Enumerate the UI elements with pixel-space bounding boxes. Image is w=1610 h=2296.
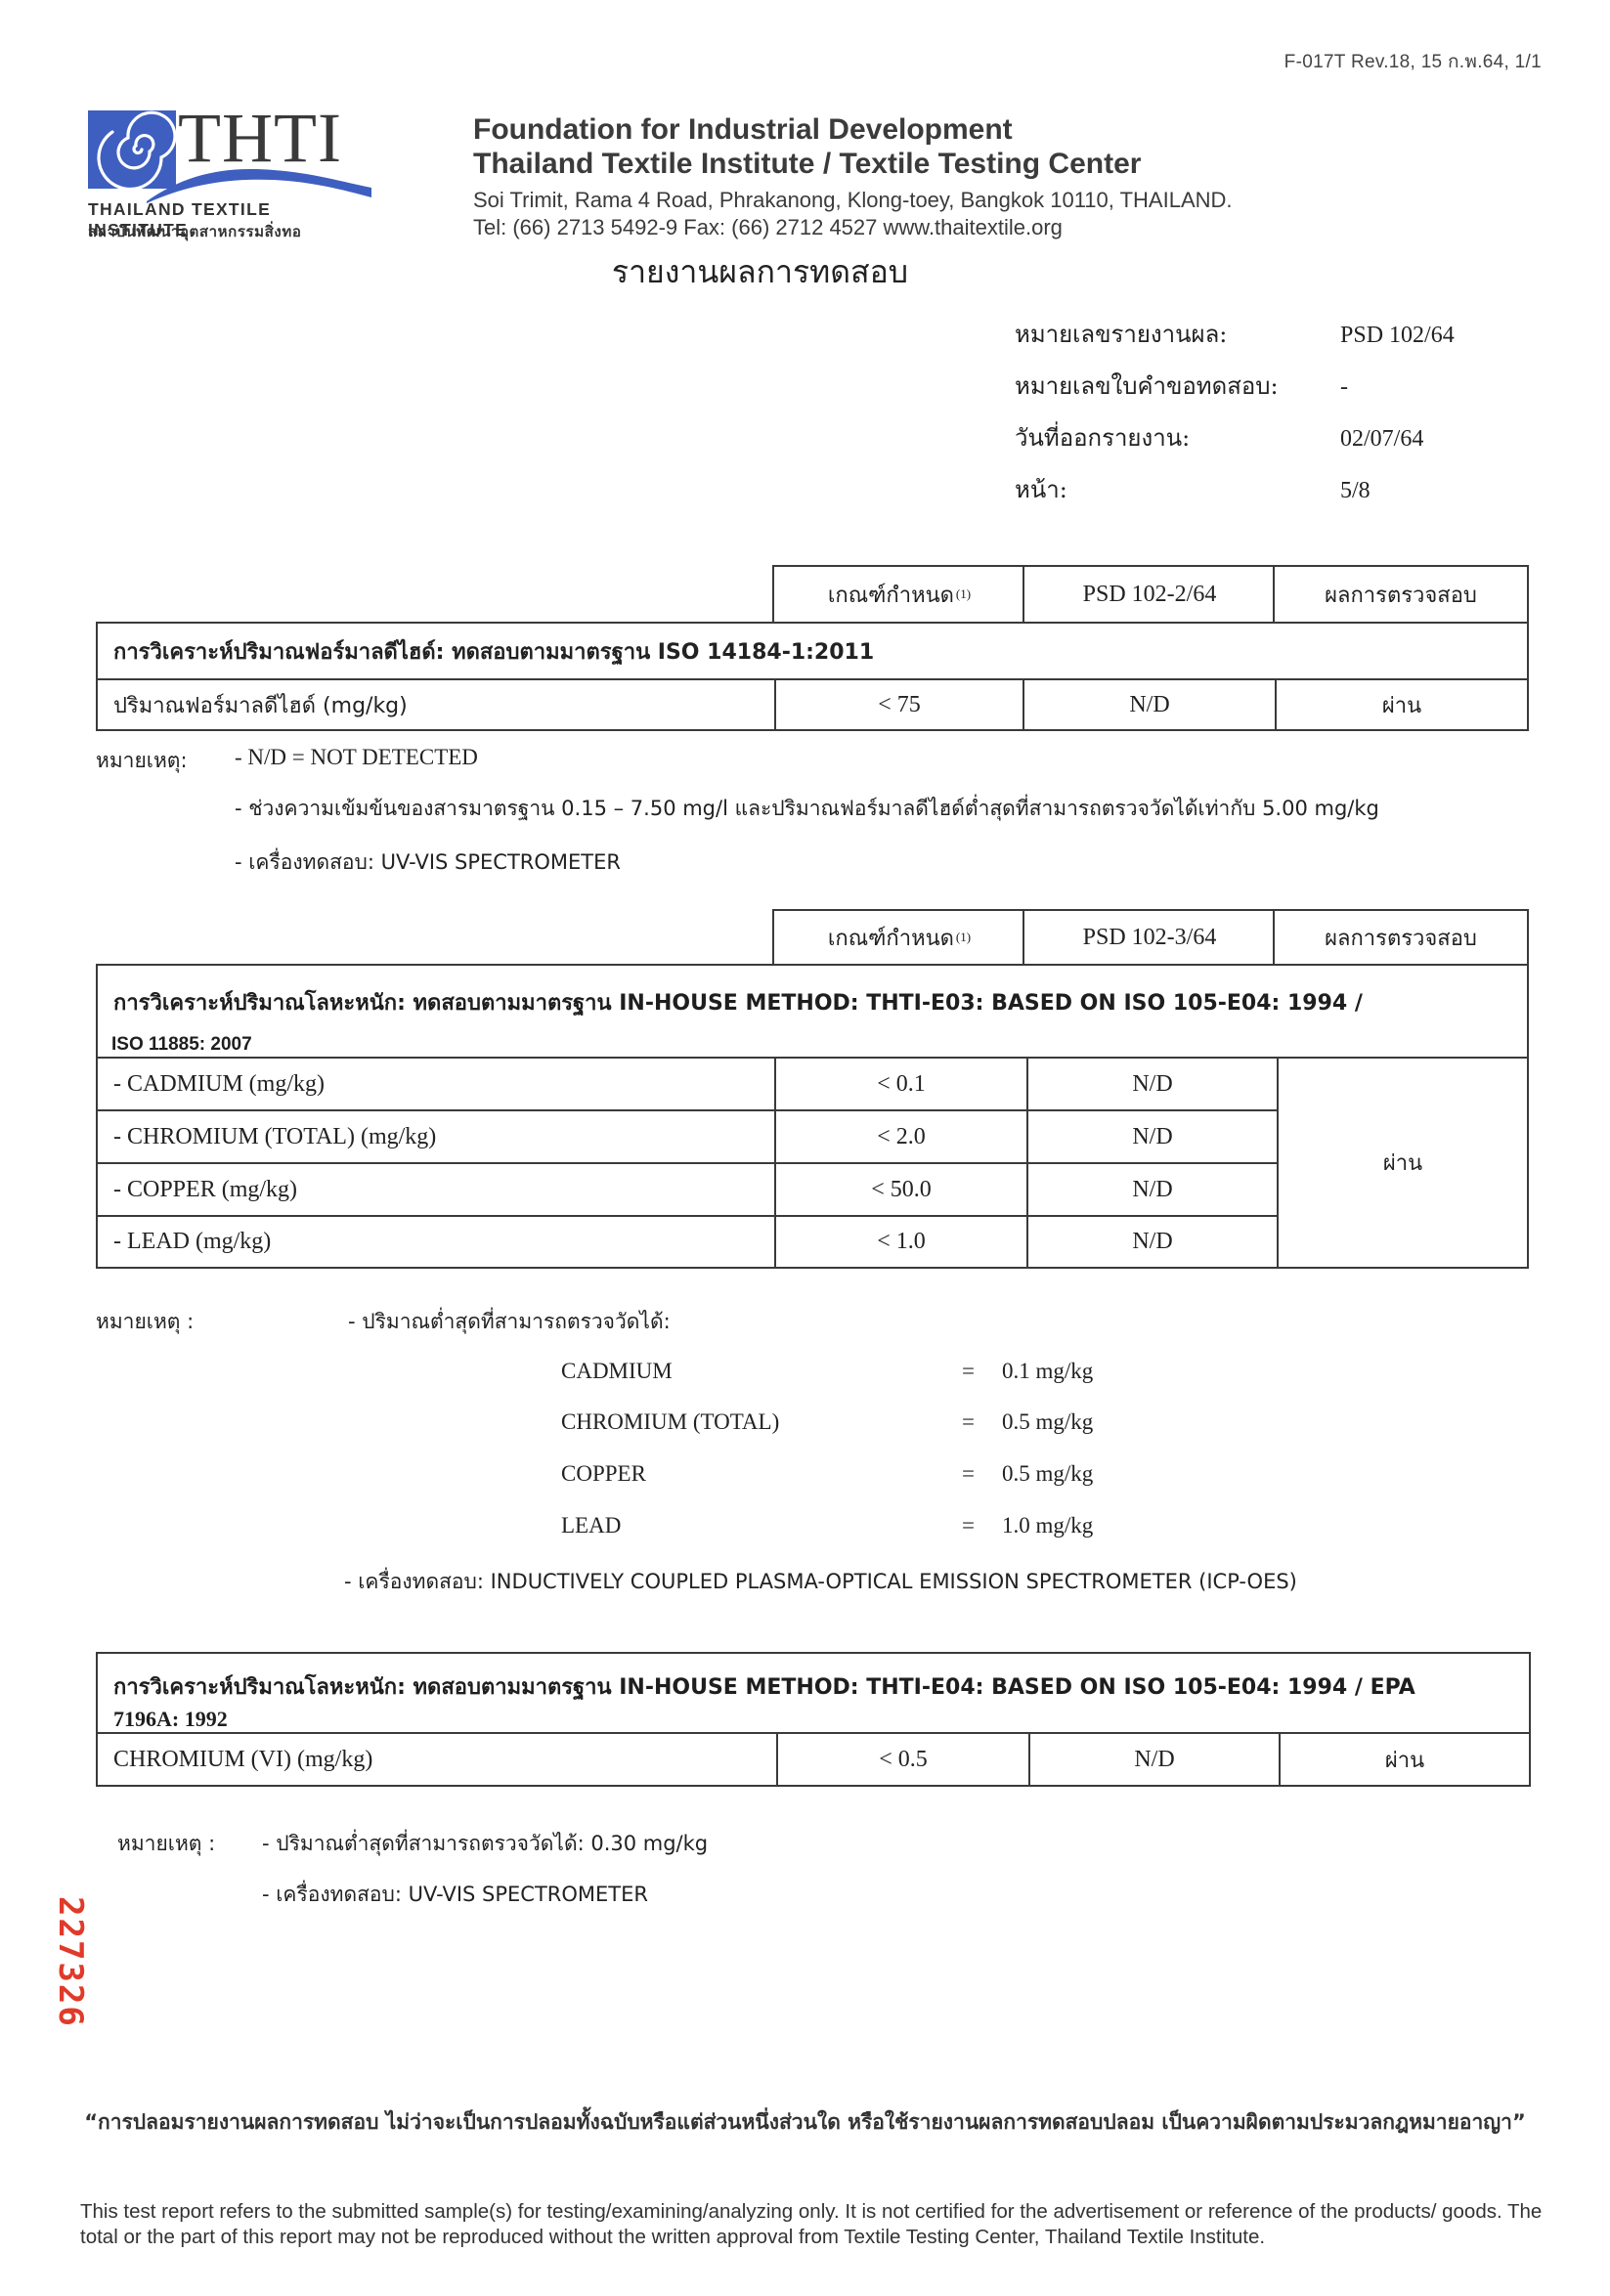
org-address: Soi Trimit, Rama 4 Road, Phrakanong, Klo…	[473, 187, 1233, 214]
table-row-lead-value: N/D	[1028, 1217, 1277, 1267]
logo-name-th: สถาบันพัฒนาอุตสาหกรรมสิ่งทอ	[88, 220, 301, 243]
table-row-chromium-item: - CHROMIUM (TOTAL) (mg/kg)	[98, 1111, 774, 1162]
chromium-vi-note-1: - ปริมาณต่ำสุดที่สามารถตรวจวัดได้: 0.30 …	[262, 1828, 708, 1860]
org-institute: Thailand Textile Institute / Textile Tes…	[473, 147, 1233, 181]
table-row-cadmium-value: N/D	[1028, 1059, 1277, 1109]
heavy-metals-table: การวิเคราะห์ปริมาณโลหะหนัก: ทดสอบตามมาตร…	[96, 964, 1529, 1269]
report-number-row: หมายเลขรายงานผล:PSD 102/64	[1015, 315, 1455, 353]
page-label: หน้า:	[1015, 470, 1340, 508]
limit-lead-eq: =	[962, 1513, 975, 1538]
issue-date-label: วันที่ออกรายงาน:	[1015, 418, 1340, 456]
sample-id-header: PSD 102-3/64	[1024, 911, 1275, 964]
criteria-header: เกณฑ์กำหนด(1)	[774, 911, 1024, 964]
formaldehyde-value: N/D	[1024, 680, 1275, 729]
formaldehyde-result: ผ่าน	[1277, 680, 1527, 729]
formaldehyde-criteria: < 75	[776, 680, 1023, 729]
table-row-cadmium-criteria: < 0.1	[776, 1059, 1026, 1109]
limit-copper-eq: =	[962, 1461, 975, 1487]
serial-stamp: 227326	[51, 1896, 90, 2028]
formaldehyde-note-2: - ช่วงความเข้มข้นของสารมาตรฐาน 0.15 – 7.…	[235, 793, 1379, 825]
formaldehyde-header: เกณฑ์กำหนด(1) PSD 102-2/64 ผลการตรวจสอบ	[772, 565, 1529, 624]
chromium-vi-notes-label: หมายเหตุ :	[117, 1828, 215, 1860]
form-code: F-017T Rev.18, 15 ก.พ.64, 1/1	[1284, 47, 1542, 76]
chromium-vi-section-title-cont: 7196A: 1992	[113, 1707, 228, 1732]
table-row-copper-item: - COPPER (mg/kg)	[98, 1164, 774, 1215]
limit-lead-value: 1.0 mg/kg	[1002, 1513, 1093, 1538]
detection-limit-label: - ปริมาณต่ำสุดที่สามารถตรวจวัดได้:	[348, 1306, 671, 1338]
limit-cadmium-eq: =	[962, 1359, 975, 1384]
request-number-label: หมายเลขใบคำขอทดสอบ:	[1015, 367, 1340, 405]
chromium-vi-note-2: - เครื่องทดสอบ: UV-VIS SPECTROMETER	[262, 1879, 648, 1911]
limit-cadmium-element: CADMIUM	[561, 1359, 673, 1384]
table-row-chromium-criteria: < 2.0	[776, 1111, 1026, 1162]
limit-lead-element: LEAD	[561, 1513, 621, 1538]
limit-copper-value: 0.5 mg/kg	[1002, 1461, 1093, 1487]
formaldehyde-section-title: การวิเคราะห์ปริมาณฟอร์มาลดีไฮด์: ทดสอบตา…	[98, 624, 1527, 678]
table-row-lead-item: - LEAD (mg/kg)	[98, 1217, 774, 1267]
page-value: 5/8	[1340, 478, 1371, 503]
issue-date-value: 02/07/64	[1340, 426, 1423, 452]
report-number-label: หมายเลขรายงานผล:	[1015, 315, 1340, 353]
formaldehyde-note-1: - N/D = NOT DETECTED	[235, 745, 478, 770]
chromium-vi-section-title: การวิเคราะห์ปริมาณโลหะหนัก: ทดสอบตามมาตร…	[113, 1669, 1415, 1704]
table-row-copper-value: N/D	[1028, 1164, 1277, 1215]
document-title-text: รายงานผลการทดสอบ	[612, 253, 908, 290]
heavy-metals-result: ผ่าน	[1279, 1059, 1527, 1267]
chromium-vi-result: ผ่าน	[1281, 1734, 1529, 1785]
limit-chromium-value: 0.5 mg/kg	[1002, 1409, 1093, 1435]
table-row-copper-criteria: < 50.0	[776, 1164, 1026, 1215]
heavy-metals-header: เกณฑ์กำหนด(1) PSD 102-3/64 ผลการตรวจสอบ	[772, 909, 1529, 966]
heavy-metals-instrument: - เครื่องทดสอบ: INDUCTIVELY COUPLED PLAS…	[344, 1566, 1297, 1598]
wave-logo-icon	[147, 164, 371, 203]
formaldehyde-notes-label: หมายเหตุ:	[96, 745, 188, 777]
disclaimer: This test report refers to the submitted…	[80, 2199, 1546, 2250]
criteria-header: เกณฑ์กำหนด(1)	[774, 567, 1024, 622]
limit-chromium-eq: =	[962, 1409, 975, 1435]
table-row-lead-criteria: < 1.0	[776, 1217, 1026, 1267]
limit-copper-element: COPPER	[561, 1461, 646, 1487]
document-title: รายงานผลการทดสอบ	[0, 247, 1610, 297]
sample-id-header: PSD 102-2/64	[1024, 567, 1275, 622]
report-number-value: PSD 102/64	[1340, 323, 1455, 348]
chromium-vi-table: การวิเคราะห์ปริมาณโลหะหนัก: ทดสอบตามมาตร…	[96, 1652, 1531, 1787]
issue-date-row: วันที่ออกรายงาน:02/07/64	[1015, 418, 1423, 456]
chromium-vi-item: CHROMIUM (VI) (mg/kg)	[98, 1734, 776, 1785]
chromium-vi-value: N/D	[1030, 1734, 1279, 1785]
request-number-row: หมายเลขใบคำขอทดสอบ:-	[1015, 367, 1348, 405]
heavy-metals-section-title: การวิเคราะห์ปริมาณโลหะหนัก: ทดสอบตามมาตร…	[113, 985, 1363, 1019]
table-row-cadmium-item: - CADMIUM (mg/kg)	[98, 1059, 774, 1109]
request-number-value: -	[1340, 374, 1348, 400]
chromium-vi-criteria: < 0.5	[778, 1734, 1028, 1785]
limit-chromium-element: CHROMIUM (TOTAL)	[561, 1409, 779, 1435]
page-row: หน้า:5/8	[1015, 470, 1371, 508]
forgery-warning: “การปลอมรายงานผลการทดสอบ ไม่ว่าจะเป็นการ…	[0, 2106, 1610, 2139]
formaldehyde-note-3: - เครื่องทดสอบ: UV-VIS SPECTROMETER	[235, 846, 621, 879]
org-foundation: Foundation for Industrial Development	[473, 112, 1233, 147]
heavy-metals-section-title-cont: ISO 11885: 2007	[111, 1034, 252, 1056]
table-row-chromium-value: N/D	[1028, 1111, 1277, 1162]
result-header: ผลการตรวจสอบ	[1275, 567, 1527, 622]
result-header: ผลการตรวจสอบ	[1275, 911, 1527, 964]
formaldehyde-table: การวิเคราะห์ปริมาณฟอร์มาลดีไฮด์: ทดสอบตา…	[96, 622, 1529, 731]
formaldehyde-item: ปริมาณฟอร์มาลดีไฮด์ (mg/kg)	[98, 680, 774, 729]
limit-cadmium-value: 0.1 mg/kg	[1002, 1359, 1093, 1384]
organization-header: Foundation for Industrial Development Th…	[473, 112, 1233, 241]
org-contact: Tel: (66) 2713 5492-9 Fax: (66) 2712 452…	[473, 214, 1233, 241]
thti-logo: THTI THAILAND TEXTILE INSTITUTE สถาบันพั…	[88, 106, 371, 233]
heavy-metals-notes-label: หมายเหตุ :	[96, 1306, 194, 1338]
